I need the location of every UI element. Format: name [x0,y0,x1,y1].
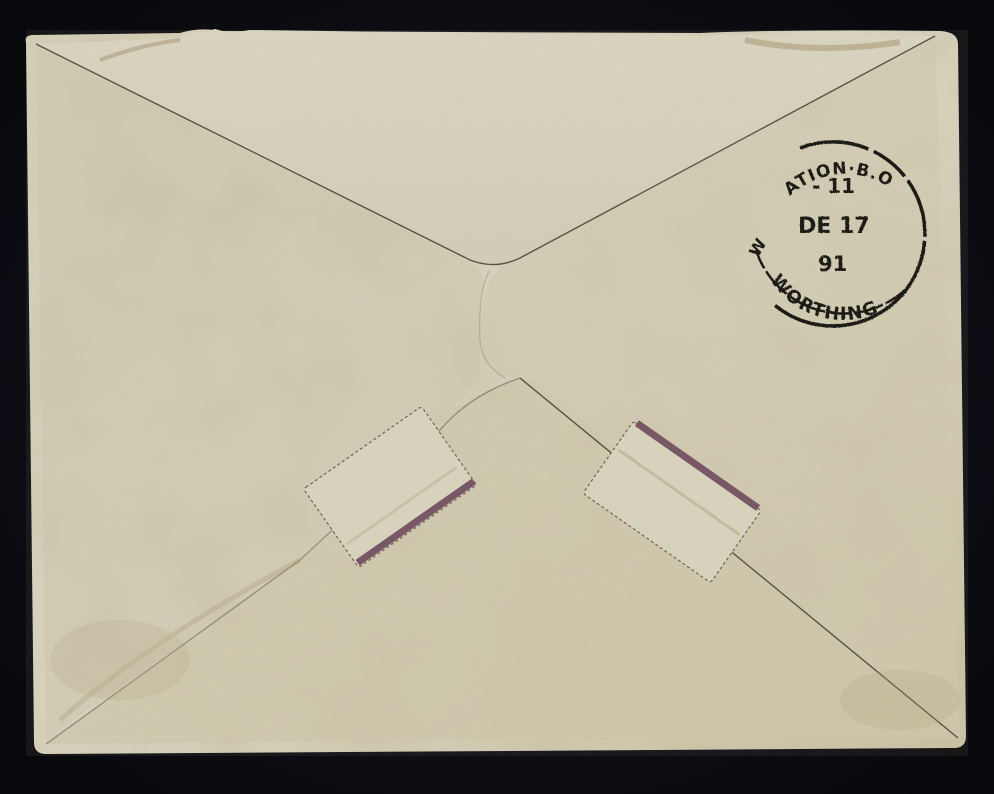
envelope-photo: ATION·B.O WORTHING W - 11 DE 17 91 [0,0,994,794]
postmark-time: - 11 [812,174,855,198]
postmark-date: DE 17 [798,214,870,239]
envelope: ATION·B.O WORTHING W - 11 DE 17 91 [0,0,994,794]
postmark-year: 91 [818,252,847,276]
